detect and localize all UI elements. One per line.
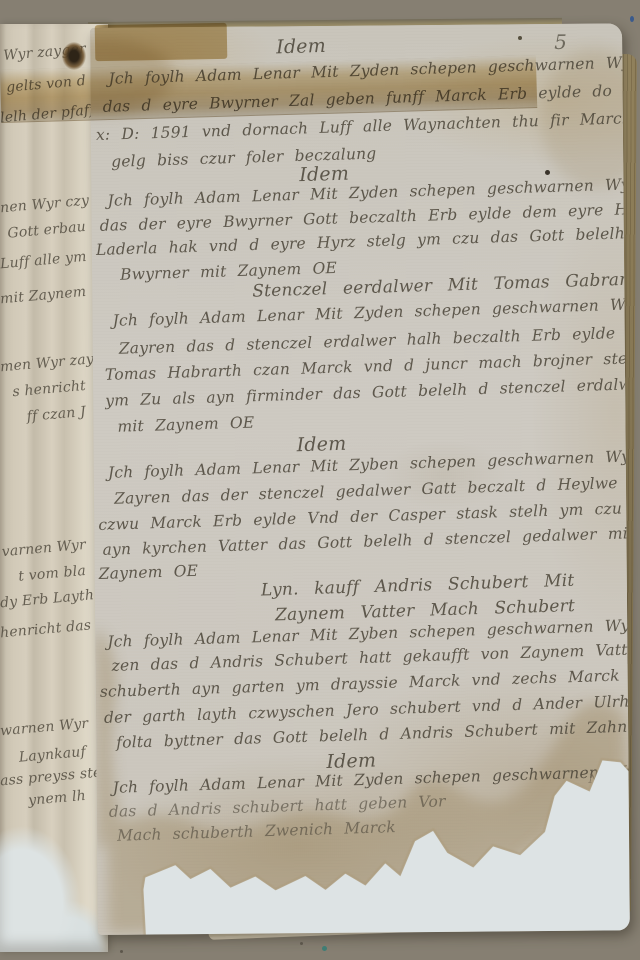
margin-fragment: dy Erb Layth <box>0 587 101 612</box>
clean-paper-area <box>90 23 630 935</box>
speck <box>630 16 634 22</box>
margin-fragment: varnen Wyr <box>0 536 101 561</box>
speck <box>518 36 522 40</box>
margin-fragment: mit Zaynem <box>0 283 101 308</box>
margin-fragment: ff czan J <box>0 403 101 428</box>
margin-fragment: men Wyr zay <box>0 351 101 376</box>
speck <box>300 942 303 945</box>
margin-fragment: t vom bla <box>0 562 101 587</box>
margin-fragment: s henricht <box>0 377 101 402</box>
ink-blot <box>62 42 86 70</box>
manuscript-photo: Wyr zayger gelts von d lelh der pfaffe n… <box>0 0 640 960</box>
margin-fragment: nen Wyr czy <box>0 192 101 217</box>
parchment-tab <box>95 23 228 61</box>
margin-fragment: henricht das <box>0 617 101 642</box>
margin-fragment: Laynkauf <box>0 743 101 768</box>
margin-fragment: Luff alle ym <box>0 248 101 273</box>
margin-fragment: ynem lh <box>0 787 101 812</box>
margin-fragment: ass preyss ste <box>0 765 101 790</box>
speck <box>545 170 550 175</box>
speck <box>322 946 327 951</box>
margin-fragment: warnen Wyr <box>0 715 101 740</box>
margin-fragment: Gott erbau <box>0 218 101 243</box>
speck <box>120 950 123 953</box>
manuscript-page: 5 Idem Jch foylh Adam Lenar Mit Zyden sc… <box>90 23 630 935</box>
